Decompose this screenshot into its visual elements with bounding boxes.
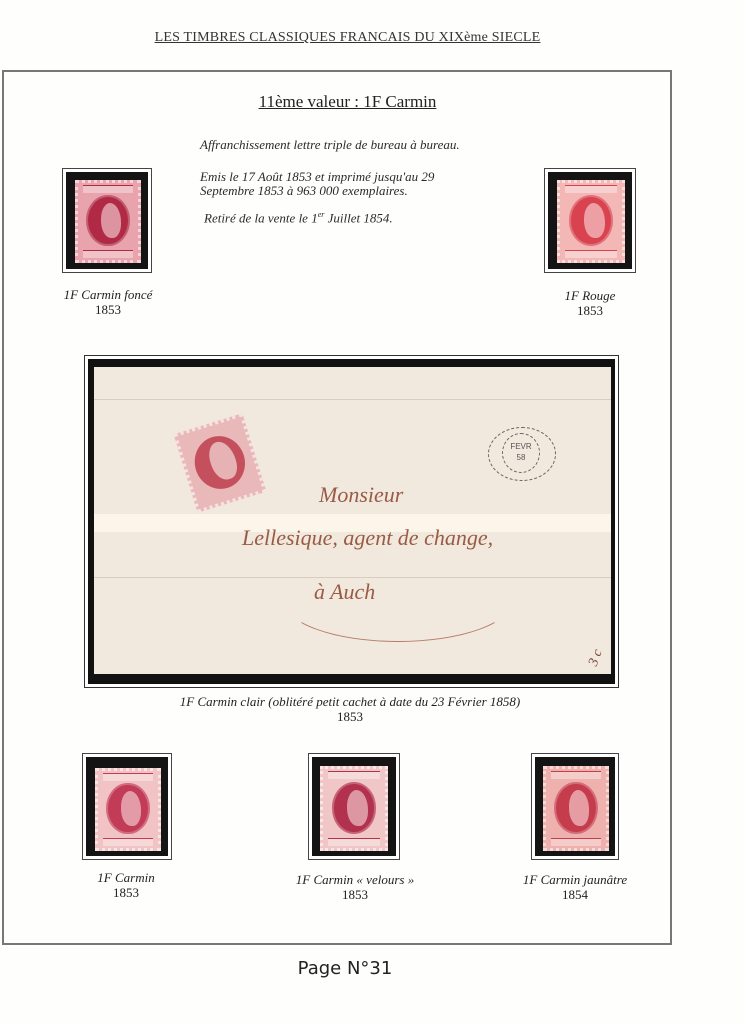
address-line-1: Monsieur bbox=[319, 482, 403, 508]
stamp-image bbox=[320, 766, 388, 851]
stamp-caption: 1F Carmin1853 bbox=[56, 870, 196, 900]
stamp-image bbox=[75, 180, 141, 263]
description-withdrawn: Retiré de la vente le 1er Juillet 1854. bbox=[204, 208, 393, 225]
stamp-caption: 1F Carmin « velours »1853 bbox=[270, 872, 440, 902]
page-title: 11ème valeur : 1F Carmin bbox=[0, 92, 695, 112]
cover-caption: 1F Carmin clair (oblitéré petit cachet à… bbox=[140, 694, 560, 724]
stamp-image bbox=[95, 768, 161, 851]
address-line-2: Lellesique, agent de change, bbox=[242, 525, 493, 551]
stamp-mount-carmin-velours bbox=[308, 753, 400, 860]
postmark-date: FEVR58 bbox=[502, 433, 540, 473]
cover-mount: FEVR58 Monsieur Lellesique, agent de cha… bbox=[84, 355, 619, 688]
stamp-caption: 1F Rouge1853 bbox=[520, 288, 660, 318]
stamp-image bbox=[543, 766, 609, 851]
stamp-mount-carmin-fonce bbox=[62, 168, 152, 273]
stamp-image bbox=[557, 180, 625, 263]
address-line-3: à Auch bbox=[314, 579, 375, 605]
stamp-mount-carmin-jaunatre bbox=[531, 753, 619, 860]
stamp-mount-rouge bbox=[544, 168, 636, 273]
cover-letter: FEVR58 Monsieur Lellesique, agent de cha… bbox=[94, 367, 611, 674]
stamp-caption: 1F Carmin jaunâtre1854 bbox=[500, 872, 650, 902]
stamp-caption: 1F Carmin foncé1853 bbox=[38, 287, 178, 317]
description-issue: Emis le 17 Août 1853 et imprimé jusqu'au… bbox=[200, 170, 434, 198]
description-usage: Affranchissement lettre triple de bureau… bbox=[200, 138, 460, 152]
page-number: Page N°31 bbox=[0, 958, 690, 979]
cover-stamp-image bbox=[174, 413, 267, 512]
margin-note: 3 c bbox=[586, 647, 607, 668]
stamp-mount-carmin bbox=[82, 753, 172, 860]
album-header: LES TIMBRES CLASSIQUES FRANCAIS DU XIXèm… bbox=[0, 30, 695, 46]
